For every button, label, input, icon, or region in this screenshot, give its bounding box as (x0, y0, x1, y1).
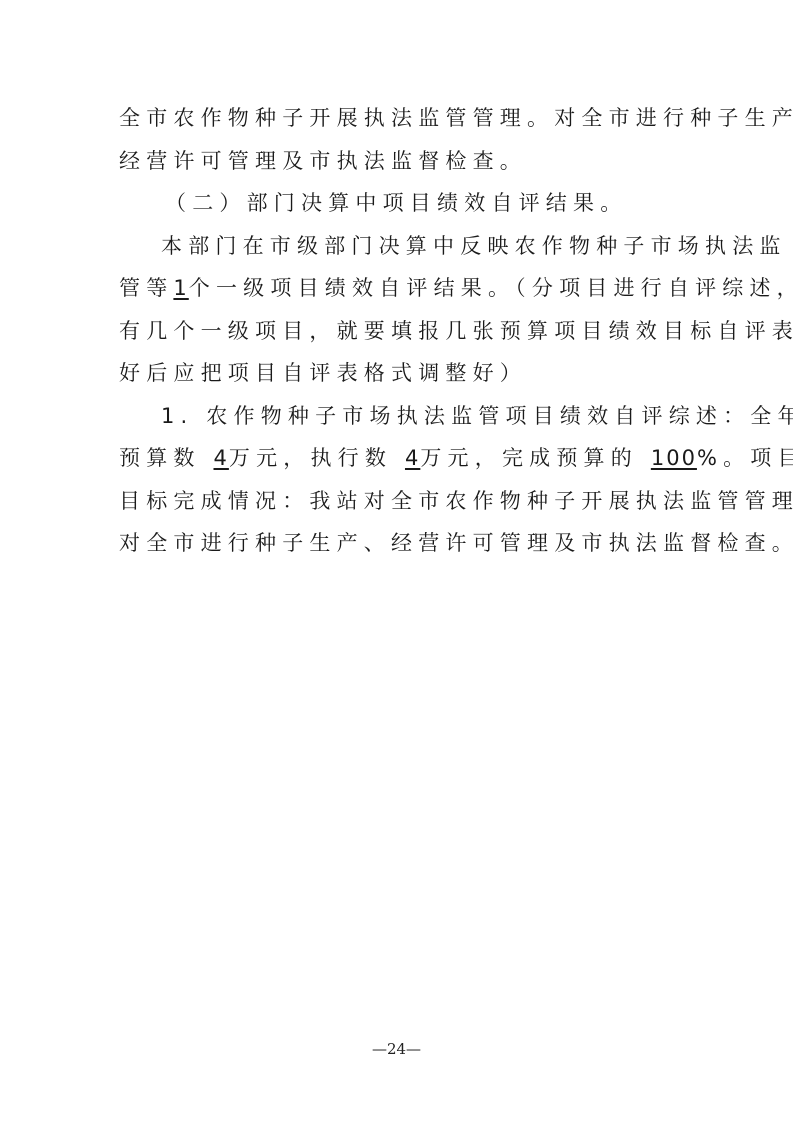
text: 管等 (119, 276, 173, 300)
paragraph-line: 本部门在市级部门决算中反映农作物种子市场执法监 (119, 225, 679, 268)
paragraph-line: 有几个一级项目，就要填报几张预算项目绩效目标自评表，填 (119, 310, 679, 353)
text: 个一级项目绩效自评结果。（分项目进行自评综述， (189, 276, 793, 300)
text: 万元，执行数 (229, 446, 392, 470)
paragraph-line: 预算数 4万元，执行数 4万元，完成预算的 100%。项目绩效 (119, 437, 679, 480)
paragraph-line: 目标完成情况：我站对全市农作物种子开展执法监管管理。 (119, 480, 679, 523)
budget-amount: 4 (214, 446, 229, 470)
project-count: 1 (173, 276, 188, 300)
text: %。项目绩效 (697, 446, 793, 470)
paragraph-line: 对全市进行种子生产、经营许可管理及市执法监督检查。 (119, 522, 679, 565)
document-page: 全市农作物种子开展执法监管管理。对全市进行种子生产、 经营许可管理及市执法监督检… (0, 0, 793, 1122)
paragraph-line: 全市农作物种子开展执法监管管理。对全市进行种子生产、 (119, 97, 679, 140)
page-number: —24— (0, 1040, 793, 1058)
paragraph-line: 经营许可管理及市执法监督检查。 (119, 140, 679, 183)
paragraph-line: 1. 农作物种子市场执法监管项目绩效自评综述：全年 (119, 395, 679, 438)
text: 预算数 (119, 446, 201, 470)
completion-rate: 100 (651, 446, 697, 470)
document-body: 全市农作物种子开展执法监管管理。对全市进行种子生产、 经营许可管理及市执法监督检… (119, 97, 679, 565)
text: 万元，完成预算的 (420, 446, 638, 470)
executed-amount: 4 (405, 446, 420, 470)
paragraph-line: 管等1个一级项目绩效自评结果。（分项目进行自评综述， (119, 267, 679, 310)
section-heading: （二）部门决算中项目绩效自评结果。 (119, 182, 679, 225)
paragraph-line: 好后应把项目自评表格式调整好） (119, 352, 679, 395)
